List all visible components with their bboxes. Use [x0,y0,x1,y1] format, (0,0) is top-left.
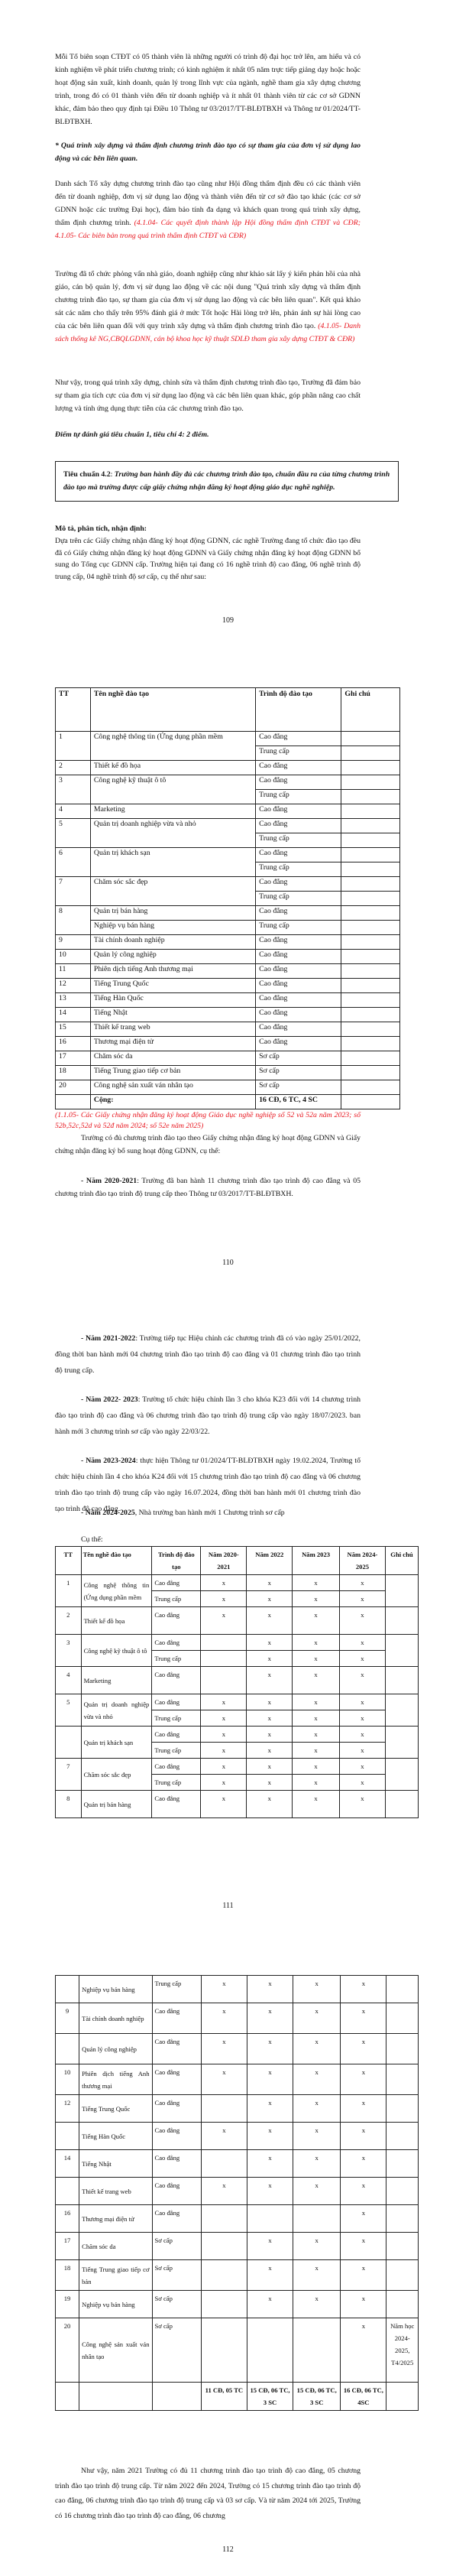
year-mark: x [339,1791,385,1818]
note [341,775,400,790]
table-row: 1Công nghệ thông tin (Ứng dụng phần mềmC… [56,1575,419,1591]
table-row: 9Tài chính doanh nghiệpCao đẳng [56,935,400,950]
table-row: 4MarketingCao đẳng [56,804,400,819]
note [341,979,400,993]
row-number: 12 [56,2095,79,2123]
year-total: 15 CĐ, 06 TC, 3 SC [293,2383,341,2411]
year-label: - Năm 2020-2021 [81,1177,137,1185]
programs-by-year-table-continued: Nghiệp vụ bán hàngTrung cấpxxxx9Tài chín… [55,1975,419,2411]
year-mark: x [201,1976,247,2003]
year-mark [201,2150,247,2178]
year-mark: x [247,1727,293,1743]
note [341,790,400,804]
row-number [56,1727,82,1759]
year-mark: x [293,1575,340,1591]
row-number [56,2178,79,2205]
note [341,862,400,877]
year-mark [201,2205,247,2233]
row-number: 3 [56,775,91,804]
table-row: 5Quản trị doanh nghiệp vừa và nhỏCao đẳn… [56,819,400,833]
column-header: Tên nghề đào tạo [90,688,255,732]
year-mark [201,2260,247,2291]
year-mark: x [341,2095,386,2123]
note [341,848,400,862]
self-score: Điểm tự đánh giá tiêu chuẩn 1, tiêu chí … [55,428,361,441]
training-level: Trung cấp [256,862,341,877]
program-name: Tài chính doanh nghiệp [79,2003,152,2034]
year-text: : thực hiện Thông tư 01/2024/TT-BLĐTBXH … [55,1457,361,1513]
training-level: Cao đẳng [256,819,341,833]
row-number: 3 [56,1635,82,1667]
row-number: 13 [56,993,91,1008]
page-number: 112 [0,2545,456,2554]
year-mark: x [247,1775,293,1791]
table-row: 15Thiết kế trang webCao đẳng [56,1022,400,1037]
row-number: 4 [56,1667,82,1694]
year-mark: x [247,2123,293,2150]
program-name: Tiếng Nhật [79,2150,152,2178]
program-name: Quản trị khách sạn [90,848,255,877]
training-level: Sơ cấp [256,1066,341,1080]
page-number: 111 [0,1902,456,1910]
year-mark: x [339,1759,385,1775]
table-header-row: TTTên nghề đào tạoTrình độ đào tạoGhi ch… [56,688,400,732]
table-row: 19Nghiệp vụ bán hàngSơ cấpxxx [56,2291,419,2318]
row-number: 9 [56,2003,79,2034]
note [386,2205,419,2233]
table-row: 20Công nghệ sản xuất ván nhân tạoSơ cấpx… [56,2318,419,2383]
column-header: Ghi chú [341,688,400,732]
training-level: Cao đẳng [256,761,341,775]
year-mark: x [341,2178,386,2205]
program-name: Chăm sóc sắc đẹp [90,877,255,906]
note [341,935,400,950]
table-row: 7Chăm sóc sắc đẹpCao đẳng [56,877,400,892]
program-name: Tiếng Trung Quốc [90,979,255,993]
table-row: 7Chăm sóc sắc đẹpCao đẳngxxxx [56,1759,419,1775]
program-name: Quản lý công nghiệp [79,2034,152,2064]
table-row: Quản trị khách sạnCao đẳngxxxx [56,1727,419,1743]
row-number: 7 [56,877,91,906]
programs-by-year-table: TTTên nghề đào tạoTrình độ đào tạoNăm 20… [55,1546,419,1818]
programs-table: TTTên nghề đào tạoTrình độ đào tạoGhi ch… [55,687,400,1109]
program-name: Phiên dịch tiếng Anh thương mại [90,964,255,979]
paragraph-text: Trường đã tổ chức phỏng vấn nhà giáo, do… [55,270,361,330]
year-mark [201,2291,247,2318]
note [386,2003,419,2034]
program-name: Nghiệp vụ bán hàng [79,1976,152,2003]
training-level: Trung cấp [256,833,341,848]
table-row: Tiếng Hàn QuốcCao đẳngxxxx [56,2123,419,2150]
note [385,1635,418,1667]
table-row: 16Thương mại điện tửCao đẳng [56,1037,400,1051]
program-name: Công nghệ kỹ thuật ô tô [81,1635,152,1667]
program-name: Chăm sóc da [79,2233,152,2260]
year-total: 15 CĐ, 06 TC, 3 SC [247,2383,293,2411]
note [341,993,400,1008]
table-row: 9Tài chính doanh nghiệpCao đẳngxxxx [56,2003,419,2034]
note [386,2178,419,2205]
program-name: Phiên dịch tiếng Anh thương mại [79,2064,152,2095]
year-mark: x [247,1575,293,1591]
training-level: Cao đẳng [152,1694,201,1710]
training-level: Cao đẳng [152,2064,201,2095]
row-number: 2 [56,1607,82,1635]
table-row: Quản lý công nghiệpCao đẳngxxxx [56,2034,419,2064]
year-mark: x [293,2034,341,2064]
year-mark: x [201,1759,247,1775]
year-mark: x [247,2003,293,2034]
year-mark: x [247,1667,293,1694]
note [385,1694,418,1727]
year-mark: x [201,1710,247,1727]
year-mark: x [339,1667,385,1694]
table-row: 20Công nghệ sản xuất ván nhân tạoSơ cấp [56,1080,400,1095]
year-mark: x [293,1976,341,2003]
training-level: Cao đẳng [152,2034,201,2064]
note [386,2095,419,2123]
year-mark: x [247,1743,293,1759]
training-level: Sơ cấp [152,2291,201,2318]
paragraph-2020-2021: - Năm 2020-2021: Trường đã ban hành 11 c… [55,1174,361,1200]
note [386,1976,419,2003]
year-total: 16 CĐ, 06 TC, 4SC [341,2383,386,2411]
year-mark: x [341,1976,386,2003]
note [385,1791,418,1818]
column-header: Trình độ đào tạo [256,688,341,732]
training-level: Cao đẳng [256,1022,341,1037]
table-row: 14Tiếng NhậtCao đẳng [56,1008,400,1022]
training-level: Cao đẳng [256,1037,341,1051]
table-row: Thiết kế trang webCao đẳngxxxx [56,2178,419,2205]
training-level: Sơ cấp [256,1080,341,1095]
note [341,921,400,935]
year-label: - Năm 2023-2024 [81,1457,136,1465]
program-name: Tiếng Hàn Quốc [90,993,255,1008]
year-mark: x [201,1591,247,1607]
row-number: 20 [56,1080,91,1095]
training-level: Trung cấp [256,746,341,761]
training-level: Trung cấp [256,892,341,906]
note [341,761,400,775]
program-name: Quản trị doanh nghiệp vừa và nhỏ [90,819,255,848]
paragraph-committee: Mỗi Tổ biên soạn CTĐT có 05 thành viên l… [55,50,361,128]
training-level: Cao đẳng [256,804,341,819]
row-number: 5 [56,1694,82,1727]
training-level: Trung cấp [256,921,341,935]
table-row: 1Công nghệ thông tin (Ứng dụng phần mềmC… [56,732,400,746]
note [385,1727,418,1759]
year-mark: x [247,2150,293,2178]
program-name: Thiết kế đồ họa [81,1607,152,1635]
training-level: Trung cấp [152,1775,201,1791]
year-mark: x [293,2178,341,2205]
year-mark: x [341,2003,386,2034]
year-mark: x [293,1591,340,1607]
year-mark: x [201,1775,247,1791]
training-level: Cao đẳng [152,1791,201,1818]
training-level: Cao đẳng [152,1727,201,1743]
row-number: 11 [56,964,91,979]
year-mark: x [339,1591,385,1607]
year-mark: x [247,2233,293,2260]
year-mark [247,2205,293,2233]
program-name: Công nghệ kỹ thuật ô tô [90,775,255,804]
year-mark: x [247,1976,293,2003]
row-number: 18 [56,1066,91,1080]
row-number [56,2383,79,2411]
year-mark: x [247,1759,293,1775]
table-row: 12Tiếng Trung QuốcCao đẳng [56,979,400,993]
table-row: 12Tiếng Trung QuốcCao đẳngxxx [56,2095,419,2123]
column-header: Tên nghề đào tạo [81,1547,152,1575]
year-mark: x [339,1710,385,1727]
year-mark: x [247,1607,293,1635]
table-row: 11Phiên dịch tiếng Anh thương mạiCao đẳn… [56,964,400,979]
training-level: Cao đẳng [256,950,341,964]
program-name: Thương mại điện tử [90,1037,255,1051]
note [341,1008,400,1022]
year-mark: x [247,1710,293,1727]
row-number: 16 [56,1037,91,1051]
year-mark: x [293,2123,341,2150]
paragraph-committee-list: Danh sách Tổ xây dựng chương trình đào t… [55,177,361,242]
page-number: 109 [0,616,456,625]
note [341,964,400,979]
year-mark: x [339,1651,385,1667]
note [386,2291,419,2318]
row-number: 6 [56,848,91,877]
year-mark: x [339,1743,385,1759]
row-number: 9 [56,935,91,950]
row-number: 5 [56,819,91,848]
year-mark: x [341,2123,386,2150]
year-mark [201,1635,247,1651]
note [341,1095,400,1109]
year-mark: x [293,1727,340,1743]
table-row: 14Tiếng NhậtCao đẳngxxx [56,2150,419,2178]
training-level: Cao đẳng [152,1607,201,1635]
program-name: Công nghệ sản xuất ván nhân tạo [79,2318,152,2383]
note [341,906,400,921]
note [385,1575,418,1607]
total-label: Cộng: [90,1095,255,1109]
year-mark: x [339,1635,385,1651]
table-row: 5Quản trị doanh nghiệp vừa và nhỏCao đẳn… [56,1694,419,1710]
year-mark: x [201,2178,247,2205]
note [386,2383,419,2411]
year-mark: x [293,1607,340,1635]
year-mark: x [201,1743,247,1759]
program-name: Quản trị bán hàng [90,906,255,921]
row-number [56,1095,91,1109]
year-mark: x [341,2064,386,2095]
table-row: 10Phiên dịch tiếng Anh thương mạiCao đẳn… [56,2064,419,2095]
table-row: 8Quản trị bán hàngCao đẳngxxxx [56,1791,419,1818]
program-name: Chăm sóc sắc đẹp [81,1759,152,1791]
note: Năm học 2024-2025, T4/2025 [386,2318,419,2383]
note [386,2064,419,2095]
note [341,746,400,761]
table-row: Nghiệp vụ bán hàngTrung cấpxxxx [56,1976,419,2003]
year-mark [293,2318,341,2383]
column-header: Năm 2022 [247,1547,293,1575]
year-total: 11 CĐ, 05 TC [201,2383,247,2411]
year-label: - Năm 2022- 2023 [81,1395,138,1404]
row-number [56,1976,79,2003]
row-number [56,2034,79,2064]
note [341,1051,400,1066]
training-level: Cao đẳng [152,2123,201,2150]
table-row: 13Tiếng Hàn QuốcCao đẳng [56,993,400,1008]
program-name: Quản trị doanh nghiệp vừa và nhỏ [81,1694,152,1727]
row-number: 10 [56,2064,79,2095]
table-row: 18Tiếng Trung giao tiếp cơ bảnSơ cấp [56,1066,400,1080]
table-row: 2Thiết kế đồ họaCao đẳngxxxx [56,1607,419,1635]
standard-text: Trường ban hành đầy đủ các chương trình … [63,470,390,492]
year-mark: x [293,1667,340,1694]
row-number: 20 [56,2318,79,2383]
year-mark: x [293,1759,340,1775]
program-name: Tiếng Trung giao tiếp cơ bản [79,2260,152,2291]
note [341,892,400,906]
year-mark: x [341,2205,386,2233]
training-level: Cao đẳng [152,2095,201,2123]
year-mark: x [201,2064,247,2095]
training-level: Trung cấp [152,1651,201,1667]
program-name: Tài chính doanh nghiệp [90,935,255,950]
training-level: Cao đẳng [256,1008,341,1022]
table-row: 3Công nghệ kỹ thuật ô tôCao đẳng [56,775,400,790]
year-mark: x [293,2095,341,2123]
description-text: Dựa trên các Giấy chứng nhận đăng ký hoạ… [55,535,361,583]
year-mark: x [293,2150,341,2178]
year-mark: x [293,2003,341,2034]
row-number: 14 [56,1008,91,1022]
paragraph-conclusion: Như vậy, năm 2021 Trường có đủ 11 chương… [55,2464,361,2523]
year-mark [201,2318,247,2383]
program-name: Nghiệp vụ bán hàng [79,2291,152,2318]
program-name: Quản trị bán hàng [81,1791,152,1818]
note [341,1022,400,1037]
column-header: Năm 2024-2025 [339,1547,385,1575]
row-number: 15 [56,1022,91,1037]
row-number: 18 [56,2260,79,2291]
year-mark: x [339,1607,385,1635]
year-mark [201,2095,247,2123]
note [385,1759,418,1791]
year-mark [201,1667,247,1694]
program-name: Nghiệp vụ bán hàng [90,921,255,935]
year-mark: x [247,2178,293,2205]
year-mark: x [339,1575,385,1591]
training-level: Trung cấp [152,1743,201,1759]
program-name: Thiết kế trang web [79,2178,152,2205]
year-mark: x [339,1694,385,1710]
year-mark: x [293,1635,340,1651]
year-mark: x [341,2291,386,2318]
year-mark: x [293,1791,340,1818]
note [385,1607,418,1635]
year-mark: x [341,2260,386,2291]
row-number: 4 [56,804,91,819]
table-row: 4MarketingCao đẳngxxx [56,1667,419,1694]
table-row: 8Quản trị bán hàngCao đẳng [56,906,400,921]
row-number: 19 [56,2291,79,2318]
program-name: Công nghệ sản xuất ván nhân tạo [90,1080,255,1095]
program-name [79,2383,152,2411]
year-label: - Năm 2024-2025 [81,1509,135,1517]
row-number: 8 [56,906,91,935]
year-mark: x [247,2034,293,2064]
year-mark: x [293,1710,340,1727]
year-mark: x [247,1635,293,1651]
column-header: Năm 2023 [293,1547,340,1575]
row-number: 10 [56,950,91,964]
program-name: Thiết kế trang web [90,1022,255,1037]
year-mark: x [293,2260,341,2291]
training-level: Cao đẳng [256,906,341,921]
training-level: Sơ cấp [152,2233,201,2260]
row-number: 12 [56,979,91,993]
year-mark: x [247,2291,293,2318]
program-name: Tiếng Hàn Quốc [79,2123,152,2150]
training-level: Sơ cấp [152,2260,201,2291]
training-level [152,2383,201,2411]
year-mark: x [201,1791,247,1818]
year-mark: x [341,2034,386,2064]
program-name: Thương mại điện tử [79,2205,152,2233]
year-label: - Năm 2021-2022 [81,1334,135,1343]
year-mark: x [293,1694,340,1710]
year-mark: x [339,1727,385,1743]
training-level: Trung cấp [256,790,341,804]
year-mark: x [247,2064,293,2095]
year-mark: x [341,2150,386,2178]
training-level: Cao đẳng [152,2003,201,2034]
evidence-ref-certificates: (1.1.05- Các Giấy chứng nhận đăng ký hoạ… [55,1110,361,1131]
training-level: Cao đẳng [256,848,341,862]
program-name: Quản trị khách sạn [81,1727,152,1759]
year-mark [247,2318,293,2383]
training-level: Cao đẳng [256,964,341,979]
table-header-row: TTTên nghề đào tạoTrình độ đào tạoNăm 20… [56,1547,419,1575]
row-number: 17 [56,1051,91,1066]
year-mark: x [247,2260,293,2291]
year-mark: x [293,2064,341,2095]
column-header: TT [56,688,91,732]
note [341,1080,400,1095]
year-mark: x [201,2003,247,2034]
note [386,2123,419,2150]
program-name: Marketing [90,804,255,819]
note [386,2260,419,2291]
program-name: Marketing [81,1667,152,1694]
training-level: Cao đẳng [256,877,341,892]
cu-the-label: Cụ thể: [55,1533,361,1546]
year-mark: x [293,2291,341,2318]
row-number: 8 [56,1791,82,1818]
year-mark [293,2205,341,2233]
year-mark: x [201,1575,247,1591]
training-level: Cao đẳng [256,935,341,950]
training-level: Cao đẳng [152,2150,201,2178]
year-mark: x [247,1694,293,1710]
paragraph-intro: Trường có đủ chương trình đào tạo theo G… [55,1132,361,1158]
row-number: 1 [56,732,91,761]
row-number: 16 [56,2205,79,2233]
note [341,732,400,746]
